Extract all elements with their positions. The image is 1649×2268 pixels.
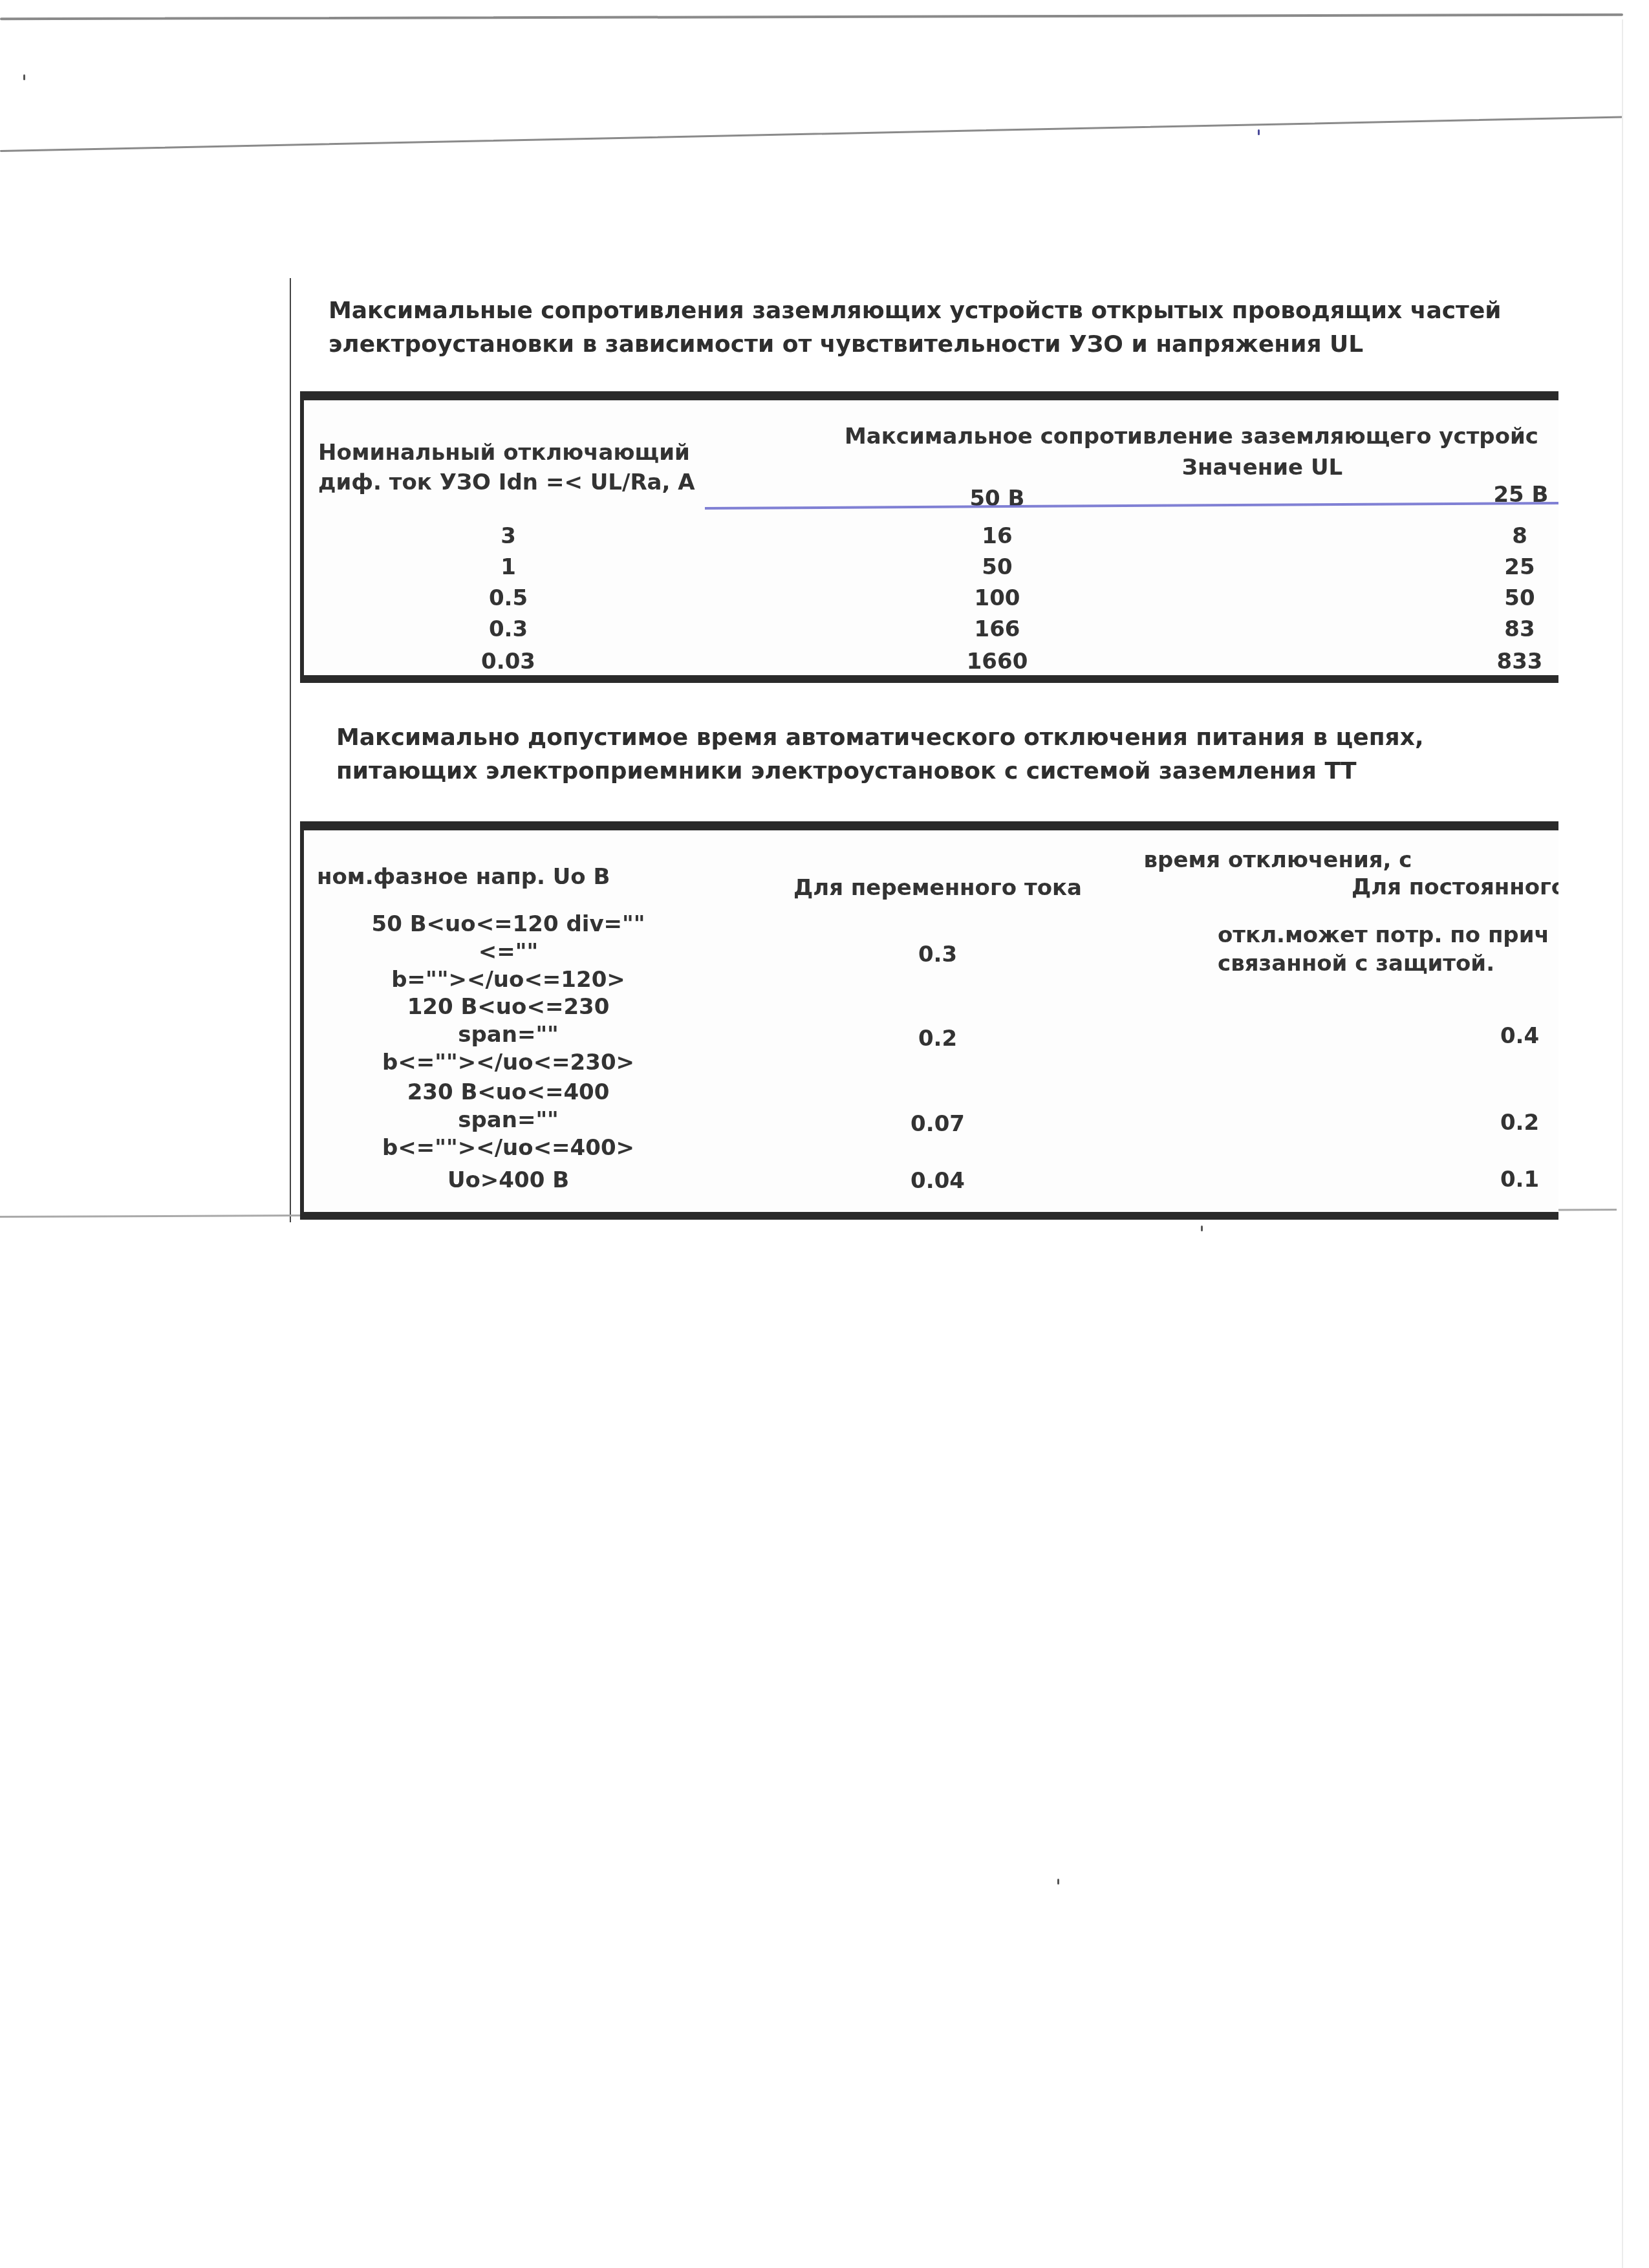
scan-speck bbox=[1057, 1879, 1059, 1885]
scan-speck bbox=[1258, 129, 1260, 135]
cell-dc: откл.может потр. по причсвязанной с защи… bbox=[1218, 921, 1549, 978]
cell-dc: 0.2 bbox=[1500, 1108, 1539, 1137]
cell-uo: 230 В<uo<=400span=""b<=""></uo<=400> bbox=[382, 1079, 634, 1162]
scan-edge-top bbox=[0, 14, 1623, 21]
group-header: время отключения, с bbox=[1144, 846, 1412, 874]
disconnection-time-table: ном.фазное напр. Uo В время отключения, … bbox=[300, 821, 1558, 1220]
cell-ac: 0.04 bbox=[911, 1167, 965, 1195]
fragment-edge bbox=[290, 278, 291, 1222]
col2-header: Для переменного тока bbox=[793, 874, 1082, 902]
cell-r50: 166 bbox=[975, 615, 1020, 643]
table1-title: Максимальные сопротивления заземляющих у… bbox=[329, 294, 1502, 362]
cell-r25: 8 bbox=[1512, 522, 1527, 550]
cell-idn: 0.03 bbox=[481, 647, 535, 676]
cell-dc: 0.4 bbox=[1500, 1022, 1539, 1050]
cell-idn: 0.5 bbox=[489, 584, 528, 612]
cell-idn: 0.3 bbox=[489, 615, 528, 643]
cell-uo: Uo>400 В bbox=[447, 1167, 569, 1194]
cell-r50: 50 bbox=[982, 553, 1012, 581]
cell-ac: 0.2 bbox=[918, 1024, 957, 1053]
cell-idn: 1 bbox=[501, 553, 516, 581]
cell-r25: 25 bbox=[1504, 553, 1535, 581]
col3-header: Для постоянного bbox=[1352, 873, 1558, 902]
cell-ac: 0.3 bbox=[918, 940, 957, 969]
subgroup-header: Значение UL bbox=[1182, 453, 1342, 482]
cell-r50: 16 bbox=[982, 522, 1012, 550]
scan-speck bbox=[23, 74, 25, 80]
group-header: Максимальное сопротивление заземляющего … bbox=[845, 422, 1538, 451]
page-edge bbox=[1622, 19, 1623, 2268]
table2-title: Максимально допустимое время автоматичес… bbox=[336, 721, 1424, 788]
table1-title-line: электроустановки в зависимости от чувств… bbox=[329, 328, 1502, 362]
cell-r25: 50 bbox=[1504, 584, 1535, 612]
scan-edge-fold bbox=[0, 116, 1622, 152]
resistance-table: Номинальный отключающий диф. ток УЗО Idn… bbox=[300, 391, 1558, 683]
col1-header: Номинальный отключающий диф. ток УЗО Idn… bbox=[318, 438, 695, 497]
cell-r25: 833 bbox=[1497, 647, 1543, 676]
table2-title-line: Максимально допустимое время автоматичес… bbox=[336, 721, 1424, 755]
cell-idn: 3 bbox=[501, 522, 516, 550]
cell-ac: 0.07 bbox=[911, 1110, 965, 1138]
col2-header: 50 В bbox=[969, 484, 1024, 513]
cell-uo: 50 В<uo<=120 div=""<=""b=""></uo<=120> bbox=[372, 911, 645, 994]
pen-underline bbox=[705, 502, 1558, 510]
table2-title-line: питающих электроприемники электроустанов… bbox=[336, 755, 1424, 788]
cell-r50: 1660 bbox=[967, 647, 1028, 676]
table1-title-line: Максимальные сопротивления заземляющих у… bbox=[329, 294, 1502, 328]
cell-uo: 120 В<uo<=230span=""b<=""></uo<=230> bbox=[382, 993, 634, 1077]
cell-r25: 83 bbox=[1504, 615, 1535, 643]
col1-header: ном.фазное напр. Uo В bbox=[317, 863, 610, 891]
scan-speck bbox=[1201, 1226, 1203, 1231]
cell-r50: 100 bbox=[975, 584, 1020, 612]
cell-dc: 0.1 bbox=[1500, 1165, 1539, 1194]
